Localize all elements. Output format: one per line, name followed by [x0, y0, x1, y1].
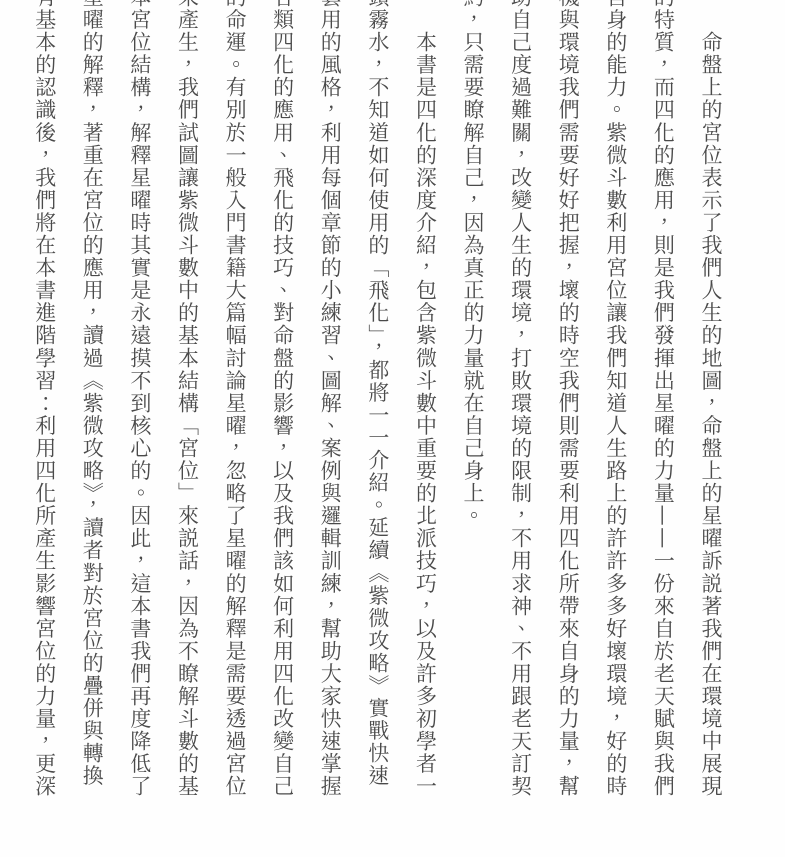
text-column-4: 機與環境我們需要好好把握，壞的時空我們則需要利用四化所帶來自身的力量，幫	[544, 0, 592, 806]
vertical-text-block: 命盤上的宮位表示了我們人生的地圖，命盤上的星曜訴説著我們在環境中展現 的特質，而…	[20, 0, 734, 806]
text-column-5: 助自己度過難關，改變人生的環境，打敗環境的限制，不用求神、不用跟老天訂契	[496, 0, 544, 806]
text-column-8: 頭霧水，不知道如何使用的「飛化」，都將一一介紹。延續《紫微攻略》實戰快速	[353, 0, 401, 806]
text-column-11: 的命運。有別於一般入門書籍大篇幅討論星曜，忽略了星曜的解釋是需要透過宮位	[210, 0, 258, 806]
book-page: 命盤上的宮位表示了我們人生的地圖，命盤上的星曜訴説著我們在環境中展現 的特質，而…	[0, 0, 785, 857]
text-column-15: 有基本的認識後，我們將在本書進階學習：利用四化所產生影響宮位的力量，更深	[20, 0, 68, 806]
text-column-1: 命盤上的宮位表示了我們人生的地圖，命盤上的星曜訴説著我們在環境中展現	[686, 0, 734, 806]
text-column-10: 各類四化的應用、飛化的技巧、對命盤的影響，以及我們該如何利用四化改變自己	[258, 0, 306, 806]
text-column-3: 自身的能力。紫微斗數利用宮位讓我們知道人生路上的許許多多好壞環境，好的時	[591, 0, 639, 806]
text-column-7: 本書是四化的深度介紹，包含紫微斗數中重要的北派技巧，以及許多初學者一	[401, 0, 449, 806]
text-column-9: 套用的風格，利用每個章節的小練習、圖解、案例與邏輯訓練，幫助大家快速掌握	[306, 0, 354, 806]
text-column-6: 約，只需要瞭解自己，因為真正的力量就在自己身上。	[448, 0, 496, 806]
text-column-13: 本宮位結構，解釋星曜時其實是永遠摸不到核心的。因此，這本書我們再度降低了	[115, 0, 163, 806]
text-column-14: 星曜的解釋，著重在宮位的應用，讀過《紫微攻略》，讀者對於宮位的疊併與轉換	[68, 0, 116, 806]
text-column-2: 的特質，而四化的應用，則是我們發揮出星曜的力量——一份來自於老天賦與我們	[639, 0, 687, 806]
text-column-12: 來產生，我們試圖讓紫微斗數中的基本結構「宮位」來説話，因為不瞭解斗數的基	[163, 0, 211, 806]
